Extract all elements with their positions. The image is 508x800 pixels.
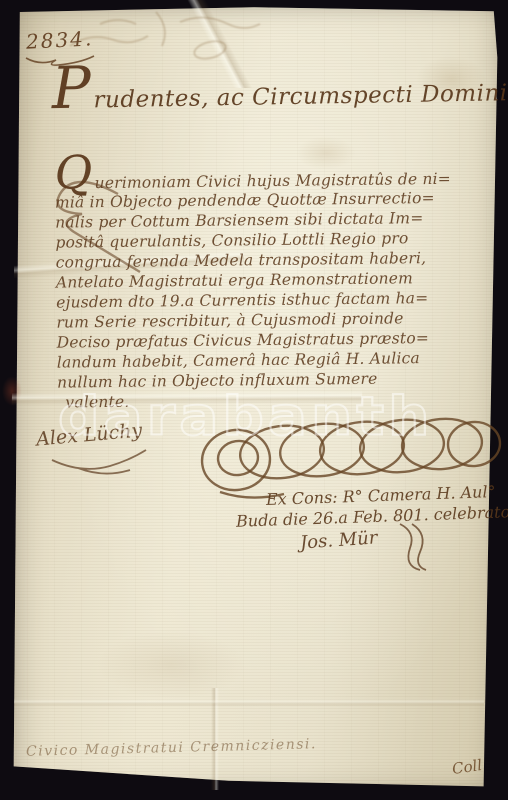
darabanth-watermark: darabanth bbox=[58, 385, 458, 448]
letter-body: Querimoniam Civici hujus Magistratûs de … bbox=[55, 167, 488, 412]
photo-backdrop: 2834. Prudentes, ac Circumspecti Domini … bbox=[0, 0, 508, 800]
docket-number: 2834. bbox=[25, 26, 93, 53]
